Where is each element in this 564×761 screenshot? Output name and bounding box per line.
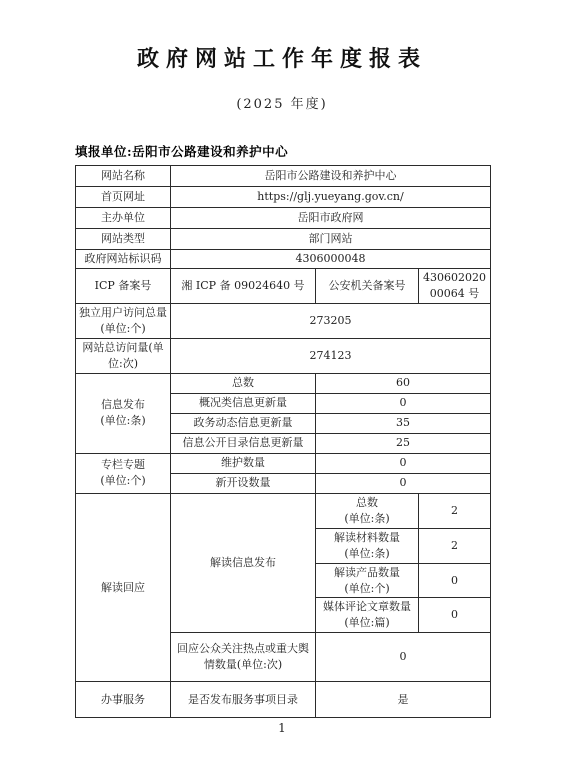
site-code-label: 政府网站标识码: [76, 250, 171, 269]
website-name-value: 岳阳市公路建设和养护中心: [171, 166, 491, 187]
interpretation-row-label: 解读材料数量 (单位:条): [316, 528, 419, 563]
table-row: 独立用户访问总量(单位:个) 273205: [76, 303, 491, 338]
special-columns-row-label: 维护数量: [171, 453, 316, 473]
interpretation-publish-label: 解读信息发布: [171, 493, 316, 633]
unique-visitors-value: 273205: [171, 303, 491, 338]
special-columns-row-label: 新开设数量: [171, 473, 316, 493]
services-row-label: 是否发布服务事项目录: [171, 682, 316, 718]
group-unit-text: (单位:条): [79, 413, 167, 429]
info-publish-row-value: 0: [316, 393, 491, 413]
document-page: 政府网站工作年度报表 (2025 年度) 填报单位:岳阳市公路建设和养护中心 网…: [0, 0, 564, 761]
row-label-text: 解读材料数量: [319, 530, 415, 546]
interpretation-row-label: 总数 (单位:条): [316, 493, 419, 528]
info-publish-row-value: 60: [316, 373, 491, 393]
info-publish-row-label: 总数: [171, 373, 316, 393]
row-label-text: 媒体评论文章数量: [319, 599, 415, 615]
site-code-value: 4306000048: [171, 250, 491, 269]
info-publish-row-value: 25: [316, 433, 491, 453]
interpretation-row-label: 解读产品数量 (单位:个): [316, 563, 419, 598]
website-type-label: 网站类型: [76, 229, 171, 250]
interpretation-group-label: 解读回应: [76, 493, 171, 682]
row-unit-text: (单位:条): [319, 546, 415, 562]
info-publish-group-label: 信息发布 (单位:条): [76, 373, 171, 453]
police-record-label: 公安机关备案号: [316, 268, 419, 303]
table-row: 网站名称 岳阳市公路建设和养护中心: [76, 166, 491, 187]
table-row: 解读回应 解读信息发布 总数 (单位:条) 2: [76, 493, 491, 528]
table-row: 网站总访问量(单位:次) 274123: [76, 338, 491, 373]
host-unit-value: 岳阳市政府网: [171, 208, 491, 229]
row-unit-text: (单位:篇): [319, 615, 415, 631]
services-group-label: 办事服务: [76, 682, 171, 718]
table-row: 主办单位 岳阳市政府网: [76, 208, 491, 229]
table-row: 专栏专题 (单位:个) 维护数量 0: [76, 453, 491, 473]
info-publish-row-label: 概况类信息更新量: [171, 393, 316, 413]
icp-label: ICP 备案号: [76, 268, 171, 303]
special-columns-group-label: 专栏专题 (单位:个): [76, 453, 171, 493]
website-type-value: 部门网站: [171, 229, 491, 250]
table-row: 政府网站标识码 4306000048: [76, 250, 491, 269]
page-number: 1: [0, 721, 564, 735]
icp-value: 湘 ICP 备 09024640 号: [171, 268, 316, 303]
group-unit-text: (单位:个): [79, 473, 167, 489]
police-record-value: 43060202000064 号: [419, 268, 491, 303]
table-row: 信息发布 (单位:条) 总数 60: [76, 373, 491, 393]
website-name-label: 网站名称: [76, 166, 171, 187]
row-unit-text: (单位:个): [319, 581, 415, 597]
page-title: 政府网站工作年度报表: [0, 0, 564, 73]
response-label: 回应公众关注热点或重大舆情数量(单位:次): [171, 633, 316, 682]
table-row: 网站类型 部门网站: [76, 229, 491, 250]
row-unit-text: (单位:条): [319, 511, 415, 527]
homepage-url-label: 首页网址: [76, 187, 171, 208]
services-row-value: 是: [316, 682, 491, 718]
special-columns-row-value: 0: [316, 473, 491, 493]
info-publish-row-value: 35: [316, 413, 491, 433]
interpretation-row-value: 2: [419, 493, 491, 528]
interpretation-row-value: 2: [419, 528, 491, 563]
group-label-text: 信息发布: [79, 397, 167, 413]
interpretation-row-value: 0: [419, 563, 491, 598]
response-value: 0: [316, 633, 491, 682]
total-visits-value: 274123: [171, 338, 491, 373]
interpretation-row-value: 0: [419, 598, 491, 633]
homepage-url-value: https://glj.yueyang.gov.cn/: [171, 187, 491, 208]
row-label-text: 解读产品数量: [319, 565, 415, 581]
total-visits-label: 网站总访问量(单位:次): [76, 338, 171, 373]
annual-report-table: 网站名称 岳阳市公路建设和养护中心 首页网址 https://glj.yueya…: [75, 165, 491, 718]
row-label-text: 总数: [319, 495, 415, 511]
table-row: 办事服务 是否发布服务事项目录 是: [76, 682, 491, 718]
info-publish-row-label: 信息公开目录信息更新量: [171, 433, 316, 453]
group-label-text: 专栏专题: [79, 457, 167, 473]
page-subtitle: (2025 年度): [0, 93, 564, 112]
host-unit-label: 主办单位: [76, 208, 171, 229]
reporting-unit-line: 填报单位:岳阳市公路建设和养护中心: [75, 142, 564, 160]
table-row: ICP 备案号 湘 ICP 备 09024640 号 公安机关备案号 43060…: [76, 268, 491, 303]
unique-visitors-label: 独立用户访问总量(单位:个): [76, 303, 171, 338]
interpretation-row-label: 媒体评论文章数量 (单位:篇): [316, 598, 419, 633]
table-row: 首页网址 https://glj.yueyang.gov.cn/: [76, 187, 491, 208]
special-columns-row-value: 0: [316, 453, 491, 473]
info-publish-row-label: 政务动态信息更新量: [171, 413, 316, 433]
